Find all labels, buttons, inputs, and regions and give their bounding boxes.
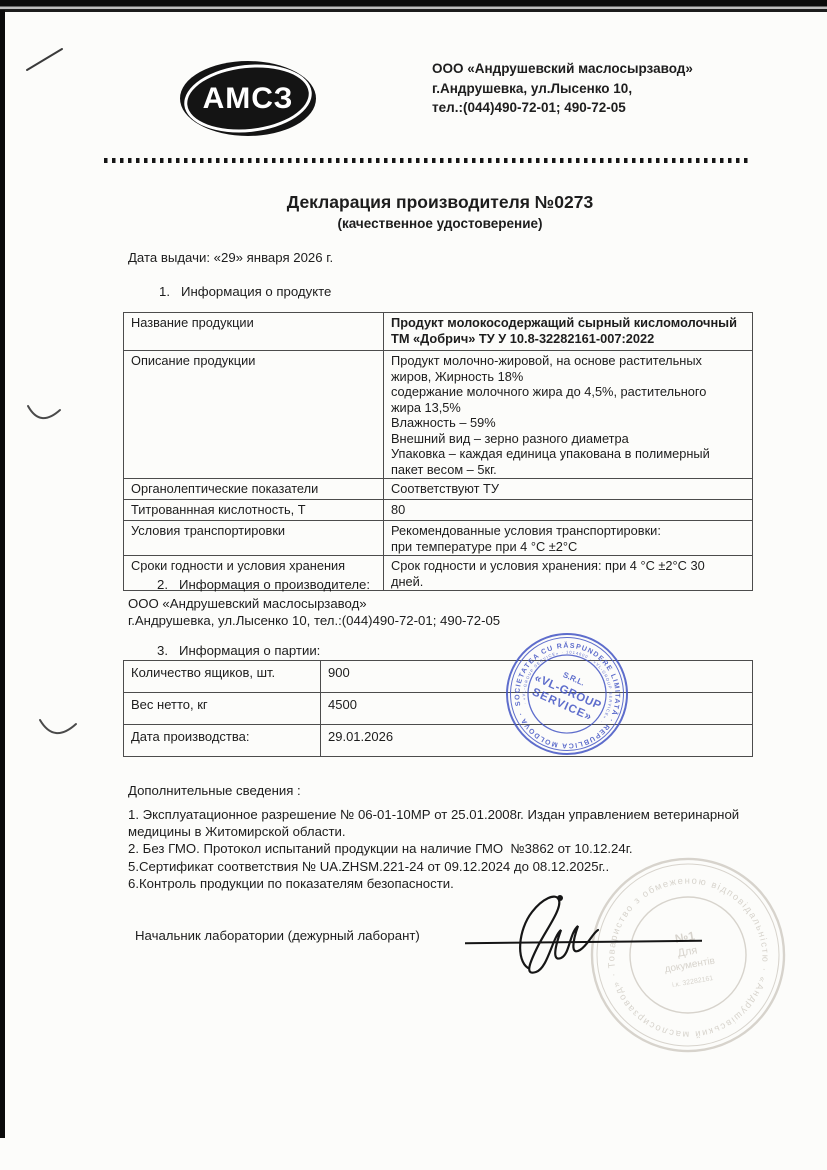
row-value: Срок годности и условия хранения: при 4 … — [383, 556, 752, 590]
dotted-separator — [104, 158, 750, 163]
row-label: Количество ящиков, шт. — [124, 661, 320, 692]
row-label: Титрованнная кислотность, Т — [124, 500, 383, 520]
table-row: Количество ящиков, шт. 900 — [124, 661, 752, 692]
product-info-table: Название продукции Продукт молокосодержа… — [123, 312, 753, 591]
manufacturer-name: ООО «Андрушевский маслосырзавод» — [128, 595, 367, 612]
row-label: Вес нетто, кг — [124, 693, 320, 724]
row-value: Рекомендованные условия транспортировки:… — [383, 521, 752, 555]
issue-date: Дата выдачи: «29» января 2026 г. — [128, 250, 333, 265]
row-label: Название продукции — [124, 313, 383, 350]
signatory-title: Начальник лаборатории (дежурный лаборант… — [135, 927, 420, 944]
company-street: г.Андрушевка, ул.Лысенко 10, — [432, 79, 762, 99]
row-value: 80 — [383, 500, 752, 520]
pen-slash-mark — [24, 45, 66, 73]
row-value: Продукт молокосодержащий сырный кисломол… — [383, 313, 752, 350]
gray-stamp-line3: документів — [664, 956, 716, 976]
scanned-declaration-page: АМСЗ ООО «Андрушевский маслосырзавод» г.… — [0, 0, 827, 1170]
company-address-block: ООО «Андрушевский маслосырзавод» г.Андру… — [432, 59, 762, 118]
row-value: Соответствуют ТУ — [383, 479, 752, 499]
table-row: Условия транспортировки Рекомендованные … — [124, 520, 752, 555]
document-subtitle: (качественное удостоверение) — [120, 216, 760, 231]
manufacturer-address: г.Андрушевка, ул.Лысенко 10, тел.:(044)4… — [128, 612, 500, 629]
table-row: Название продукции Продукт молокосодержа… — [124, 313, 752, 350]
gray-stamp-line4: і.к. 32282161 — [672, 974, 714, 989]
gray-stamp-line1: №1 — [674, 929, 696, 946]
section-1-heading: 1. Информация о продукте — [159, 284, 331, 299]
company-logo: АМСЗ — [180, 61, 316, 136]
additional-heading: Дополнительные сведения : — [128, 782, 301, 799]
row-label: Дата производства: — [124, 725, 320, 756]
row-value: Продукт молочно-жировой, на основе расти… — [383, 351, 752, 478]
row-label: Условия транспортировки — [124, 521, 383, 555]
scan-top-edge — [0, 0, 827, 12]
row-label: Описание продукции — [124, 351, 383, 478]
company-phone: тел.:(044)490-72-01; 490-72-05 — [432, 98, 762, 118]
table-row: Описание продукции Продукт молочно-жиров… — [124, 350, 752, 478]
logo-text: АМСЗ — [203, 82, 294, 116]
additional-item: 1. Эксплуатационное разрешение № 06-01-1… — [128, 807, 768, 840]
section-3-heading: 3. Информация о партии: — [157, 643, 320, 658]
gray-stamp-line2: Для — [677, 944, 699, 959]
pen-squiggle-mark — [24, 398, 68, 432]
company-name: ООО «Андрушевский маслосырзавод» — [432, 59, 762, 79]
scan-left-edge — [0, 10, 5, 1138]
row-label: Органолептические показатели — [124, 479, 383, 499]
handwritten-signature — [498, 886, 613, 984]
table-row: Органолептические показатели Соответству… — [124, 478, 752, 499]
section-2-heading: 2. Информация о производителе: — [157, 577, 370, 592]
document-title: Декларация производителя №0273 — [120, 192, 760, 213]
pen-squiggle-mark — [36, 710, 82, 746]
table-row: Титрованнная кислотность, Т 80 — [124, 499, 752, 520]
